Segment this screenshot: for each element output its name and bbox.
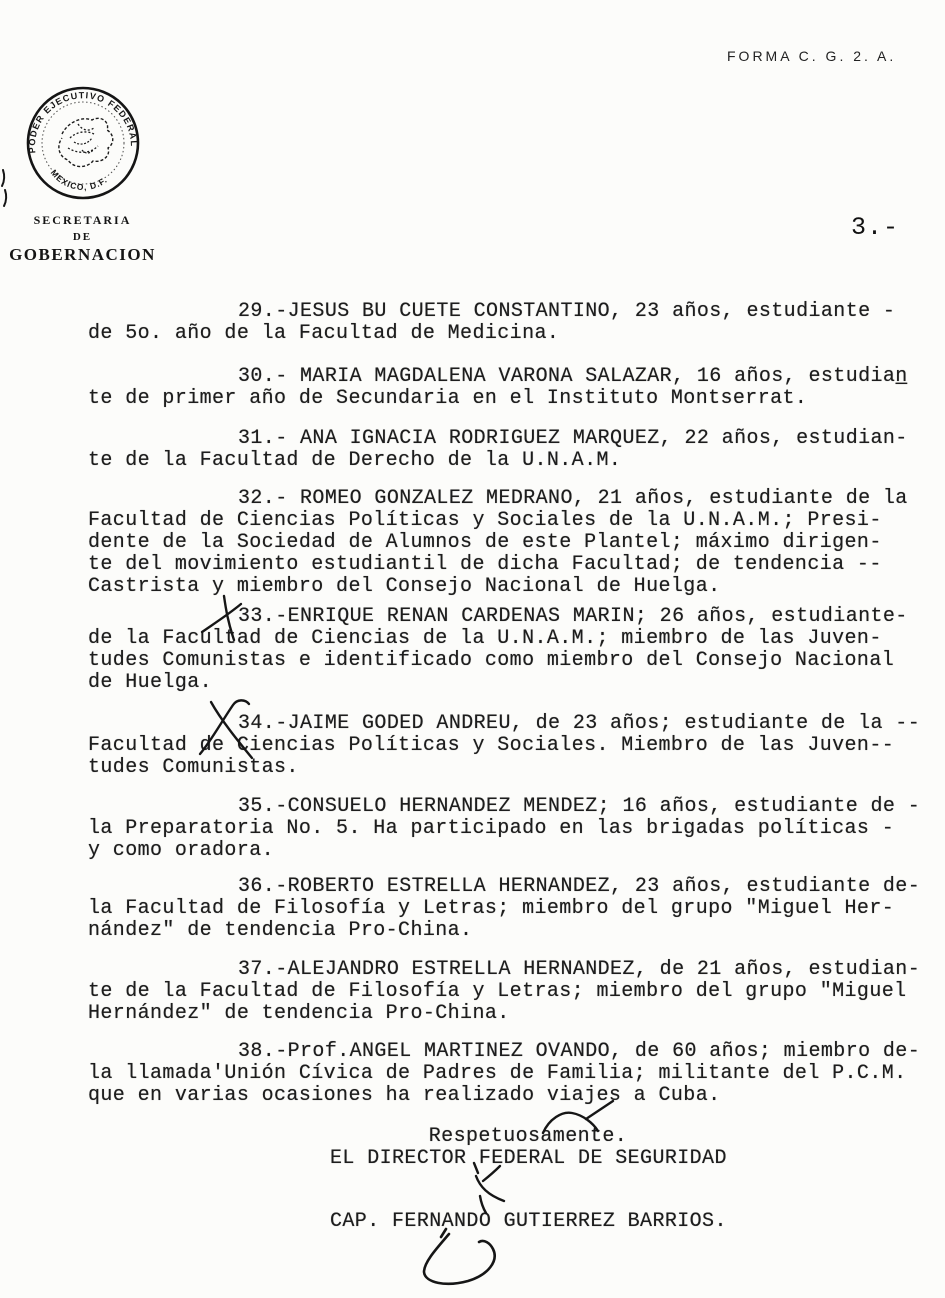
entry-31: 31.- ANA IGNACIA RODRIGUEZ MARQUEZ, 22 a… <box>88 428 938 472</box>
entry-list: 29.-JESUS BU CUETE CONSTANTINO, 23 años,… <box>88 301 938 1107</box>
entry-37: 37.-ALEJANDRO ESTRELLA HERNANDEZ, de 21 … <box>88 959 938 1025</box>
entry-36: 36.-ROBERTO ESTRELLA HERNANDEZ, 23 años,… <box>88 876 938 942</box>
seal-top-text: PODER EJECUTIVO FEDERAL <box>26 90 138 153</box>
entry-34: 34.-JAIME GODED ANDREU, de 23 años; estu… <box>88 713 938 779</box>
agency-name-line1: SECRETARIA <box>0 213 165 228</box>
government-seal-icon: PODER EJECUTIVO FEDERAL MEXICO, D.F. <box>22 80 144 206</box>
salutation: Respetuosamente. <box>330 1126 726 1148</box>
agency-name-line3: GOBERNACION <box>0 245 165 265</box>
entry-35: 35.-CONSUELO HERNANDEZ MENDEZ; 16 años, … <box>88 796 938 862</box>
page-number: 3.- <box>851 213 899 242</box>
entry-33: 33.-ENRIQUE RENAN CARDENAS MARIN; 26 año… <box>88 606 938 694</box>
seal-bottom-text: MEXICO, D.F. <box>48 168 109 193</box>
entry-29: 29.-JESUS BU CUETE CONSTANTINO, 23 años,… <box>88 301 938 345</box>
signer-title: EL DIRECTOR FEDERAL DE SEGURIDAD <box>330 1148 726 1170</box>
entry-30: 30.- MARIA MAGDALENA VARONA SALAZAR, 16 … <box>88 366 938 410</box>
eagle-emblem-icon <box>58 118 112 166</box>
svg-text:PODER EJECUTIVO FEDERAL: PODER EJECUTIVO FEDERAL <box>26 90 138 153</box>
closing-block: Respetuosamente. EL DIRECTOR FEDERAL DE … <box>330 1126 726 1233</box>
letterhead: PODER EJECUTIVO FEDERAL MEXICO, D.F. SEC… <box>0 80 165 265</box>
agency-name-line2: DE <box>0 231 165 243</box>
svg-text:MEXICO, D.F.: MEXICO, D.F. <box>48 168 109 193</box>
signer-name: CAP. FERNANDO GUTIERREZ BARRIOS. <box>330 1211 726 1233</box>
scanned-document-page: FORMA C. G. 2. A. 3.- PODER EJECUTIVO FE… <box>0 0 945 1298</box>
entry-32: 32.- ROMEO GONZALEZ MEDRANO, 21 años, es… <box>88 488 938 598</box>
form-label: FORMA C. G. 2. A. <box>727 48 896 64</box>
signature-loop <box>424 1229 495 1284</box>
entry-38: 38.-Prof.ANGEL MARTINEZ OVANDO, de 60 añ… <box>88 1041 938 1107</box>
